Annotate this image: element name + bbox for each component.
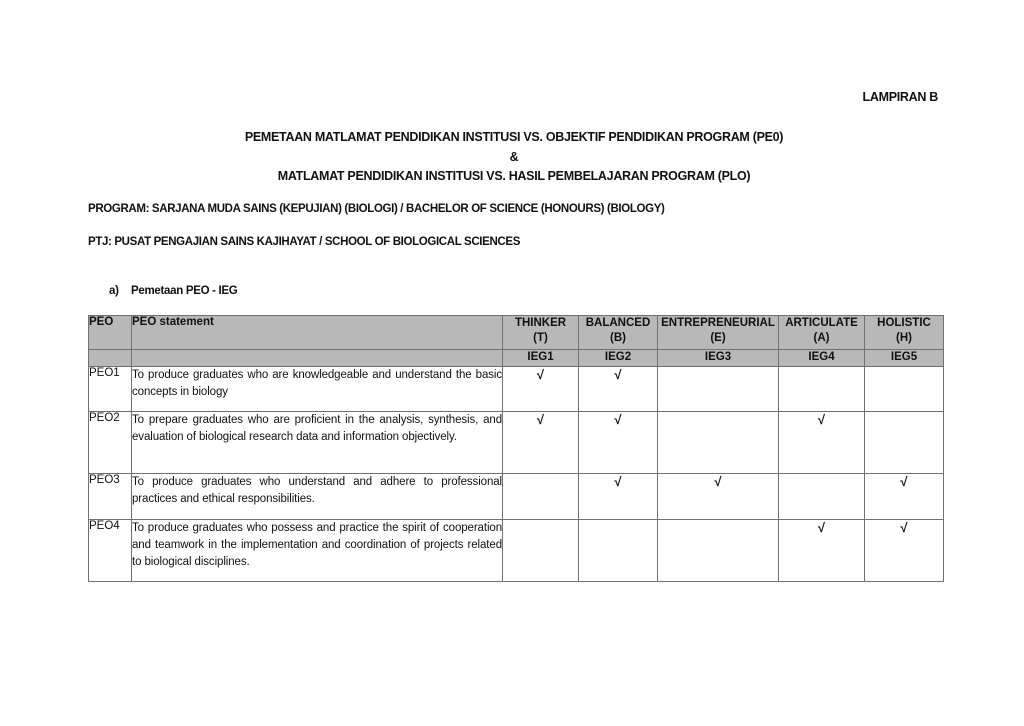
title-line-3: MATLAMAT PENDIDIKAN INSTITUSI VS. HASIL … [0,167,1024,187]
peo-id: PEO3 [89,474,132,520]
table-row: PEO4 To produce graduates who possess an… [89,520,944,582]
header-blank [132,350,503,367]
title-line-2: & [0,148,1024,168]
header-abbr: (H) [865,331,943,346]
annex-label: LAMPIRAN B [863,90,938,104]
header-balanced: BALANCED (B) [579,316,658,350]
section-title: Pemetaan PEO - IEG [131,285,237,297]
program-label: PROGRAM: SARJANA MUDA SAINS (KEPUJIAN) (… [88,203,665,215]
check-icon: √ [865,520,944,582]
peo-id: PEO2 [89,412,132,474]
title-line-1: PEMETAAN MATLAMAT PENDIDIKAN INSTITUSI V… [0,128,1024,148]
check-icon: √ [579,412,658,474]
peo-statement: To prepare graduates who are proficient … [132,412,503,474]
table-row: PEO2 To prepare graduates who are profic… [89,412,944,474]
check-icon [658,412,779,474]
check-icon: √ [579,474,658,520]
peo-statement: To produce graduates who possess and pra… [132,520,503,582]
check-icon [779,474,865,520]
check-icon: √ [865,474,944,520]
header-thinker: THINKER (T) [503,316,579,350]
check-icon [658,367,779,412]
header-abbr: (A) [779,331,864,346]
header-articulate: ARTICULATE (A) [779,316,865,350]
check-icon [865,367,944,412]
check-icon: √ [779,412,865,474]
peo-statement: To produce graduates who understand and … [132,474,503,520]
check-icon [658,520,779,582]
section-heading: a)Pemetaan PEO - IEG [109,285,237,297]
peo-id: PEO1 [89,367,132,412]
ptj-label: PTJ: PUSAT PENGAJIAN SAINS KAJIHAYAT / S… [88,236,520,248]
table-row: PEO3 To produce graduates who understand… [89,474,944,520]
peo-statement: To produce graduates who are knowledgeab… [132,367,503,412]
check-icon: √ [779,520,865,582]
peo-ieg-mapping-table: PEO PEO statement THINKER (T) BALANCED (… [88,315,944,582]
check-icon: √ [579,367,658,412]
header-name: ENTREPRENEURIAL [658,316,778,331]
header-abbr: (E) [658,331,778,346]
header-name: THINKER [503,316,578,331]
check-icon [865,412,944,474]
header-peo: PEO [89,316,132,350]
header-entrepreneurial: ENTREPRENEURIAL (E) [658,316,779,350]
header-code-ieg5: IEG5 [865,350,944,367]
header-name: ARTICULATE [779,316,864,331]
header-code-ieg4: IEG4 [779,350,865,367]
check-icon [579,520,658,582]
header-abbr: (B) [579,331,657,346]
header-row: PEO PEO statement THINKER (T) BALANCED (… [89,316,944,350]
header-blank [89,350,132,367]
header-statement: PEO statement [132,316,503,350]
header-abbr: (T) [503,331,578,346]
check-icon [779,367,865,412]
check-icon: √ [503,412,579,474]
header-code-ieg2: IEG2 [579,350,658,367]
section-marker: a) [109,285,131,297]
header-name: HOLISTIC [865,316,943,331]
peo-id: PEO4 [89,520,132,582]
check-icon [503,474,579,520]
check-icon: √ [503,367,579,412]
header-code-ieg1: IEG1 [503,350,579,367]
check-icon [503,520,579,582]
header-code-row: IEG1 IEG2 IEG3 IEG4 IEG5 [89,350,944,367]
header-holistic: HOLISTIC (H) [865,316,944,350]
header-name: BALANCED [579,316,657,331]
table-row: PEO1 To produce graduates who are knowle… [89,367,944,412]
document-title: PEMETAAN MATLAMAT PENDIDIKAN INSTITUSI V… [0,128,1024,187]
check-icon: √ [658,474,779,520]
header-code-ieg3: IEG3 [658,350,779,367]
